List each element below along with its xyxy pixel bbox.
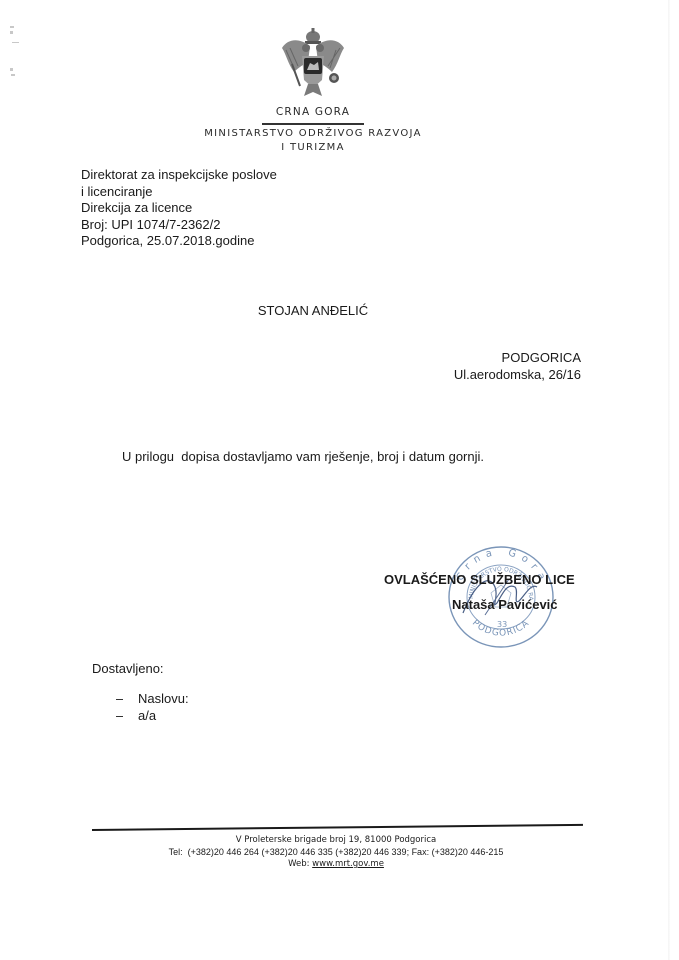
- header-divider: [262, 123, 364, 125]
- dash-bullet-icon: [116, 690, 124, 707]
- footer: V Proleterske brigade broj 19, 81000 Pod…: [60, 835, 612, 871]
- official-name: Nataša Pavićević: [452, 597, 558, 612]
- official-title: OVLAŠĆENO SLUŽBENO LICE: [384, 572, 575, 587]
- footer-web-link[interactable]: www.mrt.gov.me: [312, 859, 384, 869]
- footer-phones: Tel: (+382)20 446 264 (+382)20 446 335 (…: [60, 847, 612, 859]
- montenegro-coat-of-arms-icon: [280, 28, 346, 98]
- ministry-name: MINISTARSTVO ODRŽIVOG RAZVOJA I TURIZMA: [0, 127, 626, 154]
- place-and-date: Podgorica, 25.07.2018.godine: [81, 233, 277, 250]
- recipient-address: PODGORICA Ul.aerodomska, 26/16: [454, 349, 581, 383]
- ministry-name-line-1: MINISTARSTVO ODRŽIVOG RAZVOJA: [0, 127, 626, 141]
- footer-address: V Proleterske brigade broj 19, 81000 Pod…: [60, 835, 612, 847]
- delivered-label: Dostavljeno:: [92, 661, 164, 676]
- ministry-name-line-2: I TURIZMA: [0, 141, 626, 155]
- sender-block: Direktorat za inspekcijske poslove i lic…: [81, 167, 277, 250]
- recipient-street: Ul.aerodomska, 26/16: [454, 366, 581, 383]
- letter-body: U prilogu dopisa dostavljamo vam rješenj…: [122, 449, 484, 464]
- sender-department: Direkcija za licence: [81, 200, 277, 217]
- footer-web: Web: www.mrt.gov.me: [60, 858, 612, 871]
- svg-text:33: 33: [497, 620, 507, 629]
- dash-bullet-icon: [116, 707, 124, 724]
- sender-directorate-cont: i licenciranje: [81, 184, 277, 201]
- delivered-item: a/a: [92, 707, 189, 724]
- footer-web-label: Web:: [288, 859, 312, 869]
- country-name: CRNA GORA: [0, 106, 626, 118]
- reference-number: Broj: UPI 1074/7-2362/2: [81, 217, 277, 234]
- footer-divider: [92, 824, 583, 832]
- recipient-name: STOJAN ANĐELIĆ: [0, 303, 626, 318]
- scan-margin-marks: [8, 22, 22, 82]
- recipient-city: PODGORICA: [454, 349, 581, 366]
- delivered-item-label: Naslovu:: [138, 690, 189, 707]
- delivered-item: Naslovu:: [92, 690, 189, 707]
- sender-directorate: Direktorat za inspekcijske poslove: [81, 167, 277, 184]
- delivered-item-label: a/a: [138, 707, 156, 724]
- scan-edge-line: [668, 0, 670, 960]
- document-page: CRNA GORA MINISTARSTVO ODRŽIVOG RAZVOJA …: [0, 0, 679, 960]
- delivered-list: Naslovu: a/a: [92, 690, 189, 724]
